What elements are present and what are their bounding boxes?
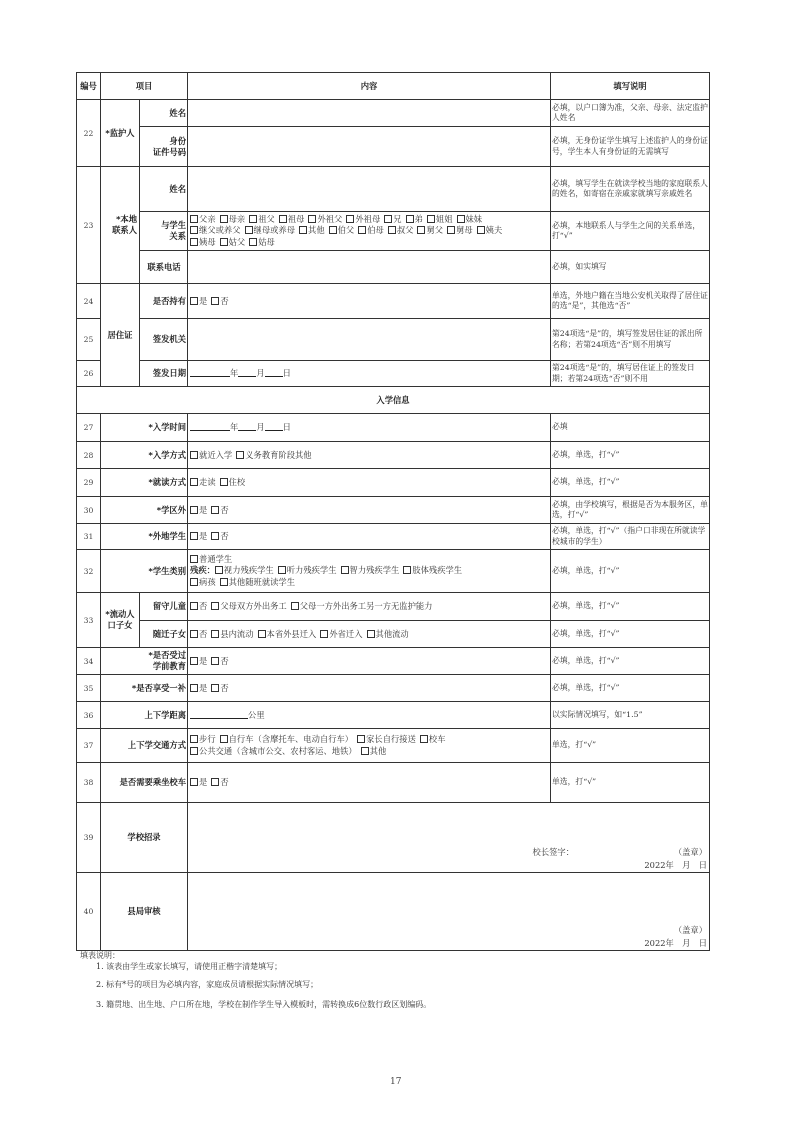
option-no[interactable]: 否 (211, 531, 228, 541)
relation-option[interactable]: 姑父 (220, 237, 246, 247)
note-item: 1. 该表由学生或家长填写，请使用正楷字清楚填写； (80, 961, 431, 972)
row-number: 38 (77, 763, 101, 803)
relation-option[interactable]: 伯父 (329, 225, 355, 235)
label-out-of-district: *学区外 (101, 497, 188, 524)
checkbox-icon[interactable] (258, 630, 266, 638)
checkbox-icon[interactable] (427, 215, 435, 223)
row-39-school-admission: 39 学校招录 校长签字： （盖章） 2022年 月 日 (77, 803, 710, 873)
label-student-category: *学生类别 (101, 550, 188, 593)
option-yes[interactable]: 是 (190, 531, 207, 541)
option-yes[interactable]: 是 (190, 296, 207, 306)
row-32-student-category: 32 *学生类别 普通学生 残疾：视力残疾学生听力残疾学生智力残疾学生肢体残疾学… (77, 550, 710, 593)
relation-option[interactable]: 伯母 (358, 225, 384, 235)
row-number: 24 (77, 284, 101, 319)
school-bus-options: 是否 (188, 763, 551, 803)
checkbox-icon[interactable] (190, 555, 198, 563)
county-review-field[interactable]: （盖章） 2022年 月 日 (188, 873, 710, 951)
option[interactable]: 外省迁入 (320, 629, 362, 639)
checkbox-icon[interactable] (341, 566, 349, 574)
relation-options: 父亲母亲祖父祖母外祖父外祖母兄弟姐姐妹妹继父或养父继母或养母其他伯父伯母叔父舅父… (188, 212, 551, 251)
instruction-contact-phone: 必填，如实填写 (551, 251, 710, 284)
instruction-contact-name: 必填，填写学生在就读学校当地的家庭联系人的姓名，如寄宿在亲戚家就填写亲戚姓名 (551, 167, 710, 212)
checkbox-icon[interactable] (190, 747, 198, 755)
option[interactable]: 病孩 (190, 577, 216, 587)
relation-option[interactable]: 舅母 (447, 225, 473, 235)
checkbox-icon[interactable] (190, 735, 198, 743)
issue-date-field[interactable]: 年月日 (188, 361, 551, 387)
section-enrollment-info: 入学信息 (77, 387, 710, 414)
option[interactable]: 父母一方外出务工另一方无监护能力 (291, 601, 433, 611)
label-issuing-authority: 签发机关 (140, 319, 188, 361)
checkbox-icon[interactable] (211, 532, 219, 540)
option-yes[interactable]: 是 (190, 777, 207, 787)
migrant-child-options: 否县内流动本省外县迁入外省迁入其他流动 (188, 621, 551, 648)
enroll-date-field[interactable]: 年月日 (188, 414, 551, 442)
option[interactable]: 住校 (220, 477, 246, 487)
checkbox-icon[interactable] (211, 602, 219, 610)
checkbox-icon[interactable] (190, 226, 198, 234)
label-contact-phone: 联系电话 (140, 251, 188, 284)
row-36-distance: 36 上下学距离 公里 以实际情况填写，如“1.5” (77, 702, 710, 729)
row-number: 39 (77, 803, 101, 873)
row-23-contact-phone: 联系电话 必填，如实填写 (77, 251, 710, 284)
instruction-guardian-name: 必填，以户口簿为准，父亲、母亲、法定监护人姓名 (551, 100, 710, 127)
label-subsidy: *是否享受一补 (101, 675, 188, 702)
checkbox-icon[interactable] (190, 451, 198, 459)
enroll-method-options: 就近入学义务教育阶段其他 (188, 442, 551, 469)
label-guardian-id: 身份证件号码 (140, 127, 188, 167)
study-mode-options: 走读住校 (188, 469, 551, 497)
checkbox-icon[interactable] (367, 630, 375, 638)
instruction-enroll-date: 必填 (551, 414, 710, 442)
checkbox-icon[interactable] (190, 630, 198, 638)
label-enroll-method: *入学方式 (101, 442, 188, 469)
guardian-id-field[interactable] (188, 127, 551, 167)
date-label: 2022年 月 日 (644, 938, 707, 949)
instruction-issue-date: 第24项选“是”的，填写居住证上的签发日期；若第24项选“否”则不用 (551, 361, 710, 387)
checkbox-icon[interactable] (190, 297, 198, 305)
option[interactable]: 家长自行接送 (357, 734, 416, 744)
checkbox-icon[interactable] (190, 657, 198, 665)
row-number: 22 (77, 100, 101, 167)
subsidy-options: 是否 (188, 675, 551, 702)
day-blank[interactable] (265, 368, 283, 377)
group-guardian: *监护人 (101, 100, 140, 167)
option-yes[interactable]: 是 (190, 656, 207, 666)
relation-option[interactable]: 妹妹 (457, 214, 483, 224)
row-27-enroll-date: 27 *入学时间 年月日 必填 (77, 414, 710, 442)
table-header-row: 编号 项目 内容 填写说明 (77, 73, 710, 100)
label-contact-name: 姓名 (140, 167, 188, 212)
notes-title: 填表说明： (80, 950, 431, 961)
row-33-left-behind-child: 33 *流动人口子女 留守儿童 否父母双方外出务工父母一方外出务工另一方无监护能… (77, 593, 710, 621)
school-admission-field[interactable]: 校长签字： （盖章） 2022年 月 日 (188, 803, 710, 873)
option[interactable]: 县内流动 (211, 629, 253, 639)
header-instruction: 填写说明 (551, 73, 710, 100)
form-page: 编号 项目 内容 填写说明 22 *监护人 姓名 必填，以户口簿为准，父亲、母亲… (0, 0, 793, 1122)
checkbox-icon[interactable] (417, 226, 425, 234)
row-33-migrant-child: 随迁子女 否县内流动本省外县迁入外省迁入其他流动 必填，单选，打“√” (77, 621, 710, 648)
checkbox-icon[interactable] (361, 747, 369, 755)
row-26-issue-date: 26 签发日期 年月日 第24项选“是”的，填写居住证上的签发日期；若第24项选… (77, 361, 710, 387)
preschool-options: 是否 (188, 648, 551, 675)
student-category-options: 普通学生 残疾：视力残疾学生听力残疾学生智力残疾学生肢体残疾学生 病孩其他随班就… (188, 550, 551, 593)
option[interactable]: 本省外县迁入 (258, 629, 317, 639)
row-28-enroll-method: 28 *入学方式 就近入学义务教育阶段其他 必填，单选，打“√” (77, 442, 710, 469)
row-number: 34 (77, 648, 101, 675)
option[interactable]: 校车 (420, 734, 446, 744)
checkbox-icon[interactable] (220, 238, 228, 246)
guardian-name-field[interactable] (188, 100, 551, 127)
option[interactable]: 公共交通（含城市公交、农村客运、地铁） (190, 746, 357, 756)
relation-option[interactable]: 其他 (299, 225, 325, 235)
checkbox-icon[interactable] (279, 215, 287, 223)
option[interactable]: 其他流动 (367, 629, 409, 639)
header-content: 内容 (188, 73, 551, 100)
label-relation: 与学生关系 (140, 212, 188, 251)
section-title: 入学信息 (77, 387, 710, 414)
row-37-transport: 37 上下学交通方式 步行自行车（含摩托车、电动自行车）家长自行接送校车 公共交… (77, 729, 710, 763)
label-migrant-child: 随迁子女 (140, 621, 188, 648)
checkbox-icon[interactable] (190, 778, 198, 786)
checkbox-icon[interactable] (190, 578, 198, 586)
checkbox-icon[interactable] (190, 506, 198, 514)
label-enroll-date: *入学时间 (101, 414, 188, 442)
row-number: 25 (77, 319, 101, 361)
header-no: 编号 (77, 73, 101, 100)
header-item: 项目 (101, 73, 188, 100)
option[interactable]: 步行 (190, 734, 216, 744)
relation-option[interactable]: 兄 (384, 214, 401, 224)
group-migrant-children: *流动人口子女 (101, 593, 140, 648)
row-23-contact-name: 23 *本地联系人 姓名 必填，填写学生在就读学校当地的家庭联系人的姓名，如寄宿… (77, 167, 710, 212)
month-blank[interactable] (238, 422, 256, 431)
relation-option[interactable]: 姑母 (249, 237, 275, 247)
relation-option[interactable]: 外祖父 (308, 214, 342, 224)
instruction-issuing-authority: 第24项选“是”的，填写签发居住证的派出所名称；若第24项选“否”则不用填写 (551, 319, 710, 361)
option[interactable]: 走读 (190, 477, 216, 487)
checkbox-icon[interactable] (299, 226, 307, 234)
instruction-out-of-district: 必填，由学校填写，根据是否为本服务区，单选，打“√” (551, 497, 710, 524)
option[interactable]: 否 (190, 629, 207, 639)
checkbox-icon[interactable] (447, 226, 455, 234)
day-blank[interactable] (265, 422, 283, 431)
student-info-form-table: 编号 项目 内容 填写说明 22 *监护人 姓名 必填，以户口簿为准，父亲、母亲… (76, 72, 710, 951)
instruction-transport: 单选，打“√” (551, 729, 710, 763)
relation-option[interactable]: 父亲 (190, 214, 216, 224)
checkbox-icon[interactable] (278, 566, 286, 574)
checkbox-icon[interactable] (291, 602, 299, 610)
instruction-school-bus: 单选，打“√” (551, 763, 710, 803)
relation-option[interactable]: 祖父 (249, 214, 275, 224)
checkbox-icon[interactable] (220, 215, 228, 223)
row-23-relation: 与学生关系 父亲母亲祖父祖母外祖父外祖母兄弟姐姐妹妹继父或养父继母或养母其他伯父… (77, 212, 710, 251)
checkbox-icon[interactable] (245, 226, 253, 234)
instruction-has-permit: 单选，外地户籍在当地公安机关取得了居住证的选“是”，其他选“否” (551, 284, 710, 319)
instruction-migrant-child: 必填，单选，打“√” (551, 621, 710, 648)
disabled-prefix: 残疾： (190, 565, 215, 575)
checkbox-icon[interactable] (190, 478, 198, 486)
row-number: 40 (77, 873, 101, 951)
relation-option[interactable]: 叔父 (388, 225, 414, 235)
distance-field[interactable]: 公里 (188, 702, 551, 729)
checkbox-icon[interactable] (190, 602, 198, 610)
checkbox-icon[interactable] (211, 684, 219, 692)
row-number: 23 (77, 167, 101, 284)
label-left-behind-child: 留守儿童 (140, 593, 188, 621)
instruction-student-category: 必填，单选，打“√” (551, 550, 710, 593)
option-no[interactable]: 否 (211, 777, 228, 787)
instruction-enroll-method: 必填，单选，打“√” (551, 442, 710, 469)
relation-option[interactable]: 弟 (406, 214, 423, 224)
group-residence-permit: 居住证 (101, 284, 140, 387)
label-county-review: 县局审核 (101, 873, 188, 951)
row-31-non-local-student: 31 *外地学生 是否 必填，单选，打“√”（指户口非现在所就读学校城市的学生） (77, 524, 710, 550)
row-number: 37 (77, 729, 101, 763)
option-normal[interactable]: 普通学生 (190, 554, 232, 564)
option-no[interactable]: 否 (211, 656, 228, 666)
instruction-left-behind-child: 必填，单选，打“√” (551, 593, 710, 621)
row-29-study-mode: 29 *就读方式 走读住校 必填，单选，打“√” (77, 469, 710, 497)
group-local-contact: *本地联系人 (101, 167, 140, 284)
checkbox-icon[interactable] (190, 238, 198, 246)
row-24-residence-permit: 24 居住证 是否持有 是否 单选，外地户籍在当地公安机关取得了居住证的选“是”… (77, 284, 710, 319)
label-school-bus: 是否需要乘坐校车 (101, 763, 188, 803)
option[interactable]: 父母双方外出务工 (211, 601, 286, 611)
label-distance: 上下学距离 (101, 702, 188, 729)
checkbox-icon[interactable] (308, 215, 316, 223)
checkbox-icon[interactable] (211, 630, 219, 638)
row-number: 36 (77, 702, 101, 729)
row-40-county-review: 40 县局审核 （盖章） 2022年 月 日 (77, 873, 710, 951)
instruction-guardian-id: 必填，无身份证学生填写上述监护人的身份证号，学生本人有身份证的无需填写 (551, 127, 710, 167)
distance-blank[interactable] (190, 710, 248, 719)
checkbox-icon[interactable] (220, 578, 228, 586)
option[interactable]: 就近入学 (190, 450, 232, 460)
relation-option[interactable]: 祖母 (279, 214, 305, 224)
option[interactable]: 视力残疾学生 (215, 565, 274, 575)
checkbox-icon[interactable] (249, 215, 257, 223)
checkbox-icon[interactable] (190, 684, 198, 692)
instruction-non-local-student: 必填，单选，打“√”（指户口非现在所就读学校城市的学生） (551, 524, 710, 550)
instruction-subsidy: 必填，单选，打“√” (551, 675, 710, 702)
checkbox-icon[interactable] (384, 215, 392, 223)
instruction-distance: 以实际情况填写，如“1.5” (551, 702, 710, 729)
option[interactable]: 智力残疾学生 (341, 565, 400, 575)
relation-option[interactable]: 舅父 (417, 225, 443, 235)
month-blank[interactable] (238, 368, 256, 377)
checkbox-icon[interactable] (220, 735, 228, 743)
row-25-issuing-authority: 25 签发机关 第24项选“是”的，填写签发居住证的派出所名称；若第24项选“否… (77, 319, 710, 361)
row-22-guardian-id: 身份证件号码 必填，无身份证学生填写上述监护人的身份证号，学生本人有身份证的无需… (77, 127, 710, 167)
checkbox-icon[interactable] (358, 226, 366, 234)
contact-phone-field[interactable] (188, 251, 551, 284)
option-no[interactable]: 否 (211, 683, 228, 693)
label-guardian-name: 姓名 (140, 100, 188, 127)
option[interactable]: 否 (190, 601, 207, 611)
option-no[interactable]: 否 (211, 296, 228, 306)
option-no[interactable]: 否 (211, 505, 228, 515)
row-number: 32 (77, 550, 101, 593)
relation-option[interactable]: 姨母 (190, 237, 216, 247)
principal-signature-label: 校长签字： (533, 847, 575, 858)
row-22-guardian-name: 22 *监护人 姓名 必填，以户口簿为准，父亲、母亲、法定监护人姓名 (77, 100, 710, 127)
checkbox-icon[interactable] (346, 215, 354, 223)
row-35-subsidy: 35 *是否享受一补 是否 必填，单选，打“√” (77, 675, 710, 702)
non-local-student-options: 是否 (188, 524, 551, 550)
seal-label: （盖章） (674, 847, 707, 858)
checkbox-icon[interactable] (249, 238, 257, 246)
row-38-school-bus: 38 是否需要乘坐校车 是否 单选，打“√” (77, 763, 710, 803)
option[interactable]: 义务教育阶段其他 (236, 450, 311, 460)
label-school-admission: 学校招录 (101, 803, 188, 873)
checkbox-icon[interactable] (329, 226, 337, 234)
row-number: 30 (77, 497, 101, 524)
row-number: 35 (77, 675, 101, 702)
has-permit-options: 是否 (188, 284, 551, 319)
contact-name-field[interactable] (188, 167, 551, 212)
year-blank[interactable] (190, 422, 230, 431)
checkbox-icon[interactable] (211, 778, 219, 786)
relation-option[interactable]: 母亲 (220, 214, 246, 224)
label-non-local-student: *外地学生 (101, 524, 188, 550)
page-number: 17 (390, 1077, 401, 1087)
label-issue-date: 签发日期 (140, 361, 188, 387)
checkbox-icon[interactable] (357, 735, 365, 743)
label-study-mode: *就读方式 (101, 469, 188, 497)
checkbox-icon[interactable] (211, 297, 219, 305)
form-notes: 填表说明： 1. 该表由学生或家长填写，请使用正楷字清楚填写； 2. 标有*号的… (80, 950, 431, 1010)
checkbox-icon[interactable] (215, 566, 223, 574)
checkbox-icon[interactable] (388, 226, 396, 234)
checkbox-icon[interactable] (403, 566, 411, 574)
relation-option[interactable]: 外祖母 (346, 214, 380, 224)
relation-option[interactable]: 继父或养父 (190, 225, 241, 235)
row-30-out-of-district: 30 *学区外 是否 必填，由学校填写，根据是否为本服务区，单选，打“√” (77, 497, 710, 524)
checkbox-icon[interactable] (211, 657, 219, 665)
label-has-permit: 是否持有 (140, 284, 188, 319)
note-item: 2. 标有*号的项目为必填内容，家庭成员请根据实际情况填写； (80, 979, 431, 990)
row-number: 33 (77, 593, 101, 648)
instruction-study-mode: 必填，单选，打“√” (551, 469, 710, 497)
date-label: 2022年 月 日 (644, 860, 707, 871)
checkbox-icon[interactable] (477, 226, 485, 234)
issuing-authority-field[interactable] (188, 319, 551, 361)
row-number: 29 (77, 469, 101, 497)
row-number: 31 (77, 524, 101, 550)
transport-options: 步行自行车（含摩托车、电动自行车）家长自行接送校车 公共交通（含城市公交、农村客… (188, 729, 551, 763)
relation-option[interactable]: 姨夫 (477, 225, 503, 235)
checkbox-icon[interactable] (220, 478, 228, 486)
label-preschool: *是否受过学前教育 (101, 648, 188, 675)
year-blank[interactable] (190, 368, 230, 377)
option[interactable]: 肢体残疾学生 (403, 565, 462, 575)
instruction-relation: 必填，本地联系人与学生之间的关系单选，打“√” (551, 212, 710, 251)
option[interactable]: 其他 (361, 746, 387, 756)
option[interactable]: 其他随班就读学生 (220, 577, 295, 587)
checkbox-icon[interactable] (420, 735, 428, 743)
checkbox-icon[interactable] (190, 532, 198, 540)
checkbox-icon[interactable] (457, 215, 465, 223)
row-34-preschool: 34 *是否受过学前教育 是否 必填，单选，打“√” (77, 648, 710, 675)
checkbox-icon[interactable] (211, 506, 219, 514)
out-of-district-options: 是否 (188, 497, 551, 524)
relation-option[interactable]: 姐姐 (427, 214, 453, 224)
row-number: 28 (77, 442, 101, 469)
left-behind-child-options: 否父母双方外出务工父母一方外出务工另一方无监护能力 (188, 593, 551, 621)
checkbox-icon[interactable] (406, 215, 414, 223)
option-yes[interactable]: 是 (190, 683, 207, 693)
seal-label: （盖章） (674, 925, 707, 936)
relation-option[interactable]: 继母或养母 (245, 225, 296, 235)
row-number: 27 (77, 414, 101, 442)
label-transport: 上下学交通方式 (101, 729, 188, 763)
option-yes[interactable]: 是 (190, 505, 207, 515)
note-item: 3. 籍贯地、出生地、户口所在地，学校在制作学生导入模板时，需转换成6位数行政区… (80, 999, 431, 1010)
checkbox-icon[interactable] (236, 451, 244, 459)
row-number: 26 (77, 361, 101, 387)
option[interactable]: 自行车（含摩托车、电动自行车） (220, 734, 353, 744)
checkbox-icon[interactable] (320, 630, 328, 638)
checkbox-icon[interactable] (190, 215, 198, 223)
instruction-preschool: 必填，单选，打“√” (551, 648, 710, 675)
option[interactable]: 听力残疾学生 (278, 565, 337, 575)
